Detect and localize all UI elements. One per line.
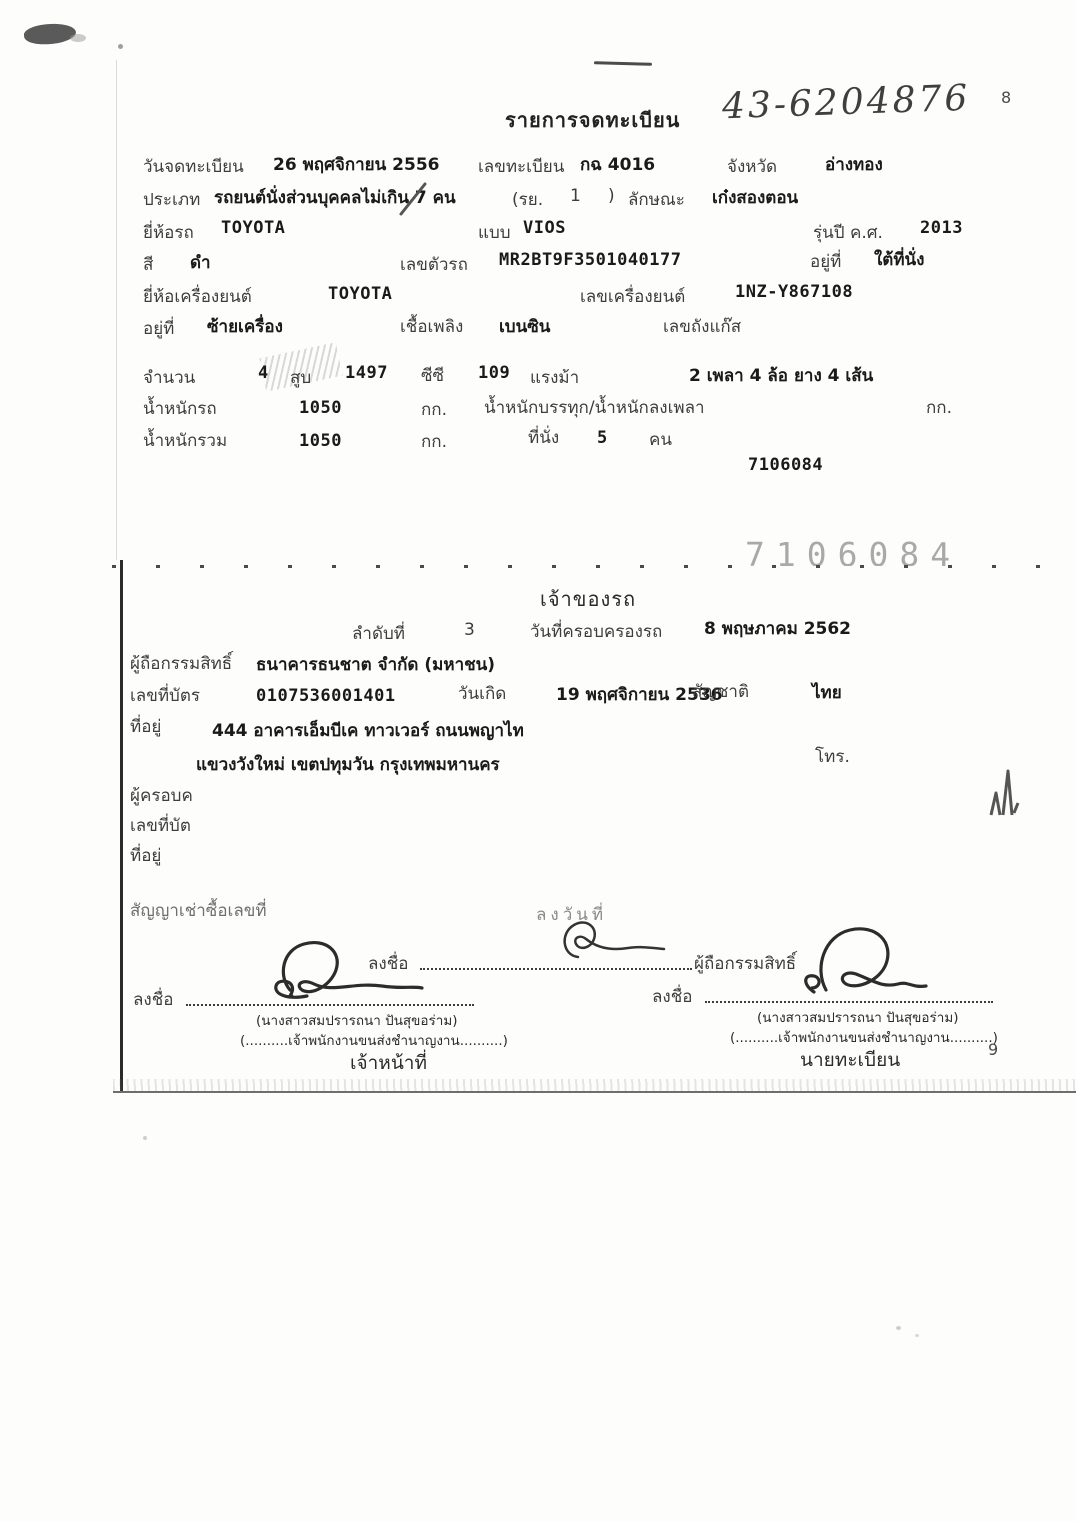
officer-name-left: (นางสาวสมปรารถนา ปันสุขอร่าม) bbox=[256, 1009, 458, 1031]
chassis-number-value: MR2BT9F3501040177 bbox=[499, 250, 682, 270]
signature-holder bbox=[552, 915, 682, 967]
axle-wheel-tire-text: 2 เพลา 4 ล้อ ยาง 4 เส้น bbox=[689, 362, 873, 389]
engine-make-value: TOYOTA bbox=[328, 284, 392, 304]
engine-cc-value: 1497 bbox=[345, 363, 388, 383]
address-line-2: แขวงวังใหม่ เขตปทุมวัน กรุงเทพมหานคร bbox=[196, 751, 500, 778]
scan-scribble-mark bbox=[983, 765, 1027, 823]
scan-speck bbox=[915, 1334, 919, 1337]
scan-edge-fuzz bbox=[113, 1079, 1076, 1091]
engine-position-value: ซ้ายเครื่อง bbox=[207, 313, 283, 340]
model-value: VIOS bbox=[523, 218, 566, 238]
cylinder-unit: สูบ bbox=[290, 364, 311, 391]
scan-speck bbox=[143, 1136, 147, 1140]
vehicle-weight-label: น้ำหนักรถ bbox=[143, 395, 217, 422]
address-line-1: 444 อาคารเอ็มบีเค ทาวเวอร์ ถนนพญาไท bbox=[212, 717, 524, 744]
document-number: 7106084 bbox=[748, 455, 823, 475]
officer-name-right: (นางสาวสมปรารถนา ปันสุขอร่าม) bbox=[757, 1006, 959, 1028]
type-code-value: 1 bbox=[570, 186, 581, 206]
possessor-address-label: ที่อยู่ bbox=[130, 842, 161, 869]
page-number-top: 8 bbox=[1001, 88, 1011, 107]
signature-line-left bbox=[186, 1004, 474, 1006]
birth-date-label: วันเกิด bbox=[458, 680, 506, 707]
seats-unit: คน bbox=[649, 426, 672, 453]
scan-dash-mark bbox=[594, 61, 652, 66]
ownership-holder-label: ผู้ถือกรรมสิทธิ์ bbox=[130, 650, 232, 677]
cylinder-count-value: 4 bbox=[258, 363, 269, 383]
signature-line-right bbox=[705, 1001, 993, 1003]
document-title: รายการจดทะเบียน bbox=[505, 104, 680, 136]
body-style-label: ลักษณะ bbox=[628, 186, 685, 213]
engine-number-label: เลขเครื่องยนต์ bbox=[580, 283, 685, 310]
load-weight-unit: กก. bbox=[926, 394, 952, 421]
model-year-value: 2013 bbox=[920, 218, 963, 238]
gas-tank-number-label: เลขถังแก๊ส bbox=[663, 313, 741, 340]
holder-signature-title: ผู้ถือกรรมสิทธิ์ bbox=[694, 950, 796, 977]
seats-label: ที่นั่ง bbox=[528, 424, 559, 451]
signature-officer-left bbox=[262, 938, 482, 1004]
vehicle-make-value: TOYOTA bbox=[221, 218, 285, 238]
lower-document-bottom-edge bbox=[113, 1091, 1076, 1093]
type-code-open: (รย. bbox=[512, 186, 543, 213]
plate-number-label: เลขทะเบียน bbox=[478, 153, 564, 180]
id-card-value: 0107536001401 bbox=[256, 686, 396, 706]
color-label: สี bbox=[143, 251, 153, 278]
scan-edge-faint-line bbox=[116, 60, 117, 560]
lower-document-left-edge bbox=[120, 560, 123, 1093]
fuel-label: เชื้อเพลิง bbox=[400, 313, 463, 340]
horsepower-value: 109 bbox=[478, 363, 510, 383]
scan-speck bbox=[896, 1326, 901, 1330]
page-number-bottom: 9 bbox=[988, 1040, 998, 1059]
model-year-label: รุ่นปี ค.ศ. bbox=[813, 219, 883, 246]
vehicle-weight-value: 1050 bbox=[299, 398, 342, 418]
fuel-value: เบนซิน bbox=[499, 313, 550, 340]
registration-date-label: วันจดทะเบียน bbox=[143, 153, 244, 180]
owner-section-title: เจ้าของรถ bbox=[540, 583, 636, 615]
sequence-value: 3 bbox=[464, 620, 475, 640]
engine-number-value: 1NZ-Y867108 bbox=[735, 282, 853, 302]
scan-smudge-top-left bbox=[23, 21, 77, 46]
engine-position-label: อยู่ที่ bbox=[143, 315, 174, 342]
load-weight-label: น้ำหนักบรรทุก/น้ำหนักลงเพลา bbox=[484, 394, 705, 421]
right-role-title: นายทะเบียน bbox=[800, 1045, 900, 1075]
province-value: อ่างทอง bbox=[825, 151, 883, 178]
possession-date-value: 8 พฤษภาคม 2562 bbox=[704, 615, 851, 642]
gross-weight-unit: กก. bbox=[421, 428, 447, 455]
cylinder-count-label: จำนวน bbox=[143, 364, 195, 391]
sign-here-label-left: ลงชื่อ bbox=[133, 986, 173, 1013]
chassis-number-label: เลขตัวรถ bbox=[400, 251, 468, 278]
vehicle-make-label: ยี่ห้อรถ bbox=[143, 219, 194, 246]
handwritten-strike-mark bbox=[395, 178, 435, 218]
province-label: จังหวัด bbox=[727, 153, 777, 180]
ownership-holder-value: ธนาคารธนชาต จำกัด (มหาชน) bbox=[256, 651, 495, 678]
horsepower-unit: แรงม้า bbox=[530, 364, 579, 391]
gross-weight-value: 1050 bbox=[299, 431, 342, 451]
left-role-title: เจ้าหน้าที่ bbox=[350, 1048, 427, 1078]
scan-speck bbox=[118, 44, 123, 49]
cc-unit: ซีซี bbox=[421, 362, 444, 389]
chassis-position-value: ใต้ที่นั่ง bbox=[874, 246, 924, 273]
gross-weight-label: น้ำหนักรวม bbox=[143, 427, 227, 454]
possessor-label: ผู้ครอบค bbox=[130, 782, 193, 809]
hire-purchase-contract-label: สัญญาเช่าซื้อเลขที่ bbox=[130, 897, 267, 924]
body-style-value: เก๋งสองตอน bbox=[712, 184, 798, 211]
document-number-faded-stamp: 7106084 bbox=[745, 535, 961, 566]
phone-label: โทร. bbox=[815, 743, 850, 770]
model-label: แบบ bbox=[478, 219, 511, 246]
plate-number-value: กฉ 4016 bbox=[580, 151, 655, 178]
vehicle-weight-unit: กก. bbox=[421, 396, 447, 423]
possessor-id-card-label: เลขที่บัต bbox=[130, 812, 191, 839]
sign-here-label-right: ลงชื่อ bbox=[652, 983, 692, 1010]
vehicle-registration-document: 8 รายการจดทะเบียน 43-6204876 วันจดทะเบีย… bbox=[0, 0, 1076, 1522]
color-value: ดำ bbox=[190, 249, 211, 276]
id-card-label: เลขที่บัตร bbox=[130, 682, 200, 709]
signature-registrar-right bbox=[796, 922, 1006, 1002]
perforation-divider bbox=[112, 565, 1076, 568]
vehicle-type-label: ประเภท bbox=[143, 186, 200, 213]
scan-smudge-top-left-2 bbox=[70, 34, 86, 42]
type-code-close: ) bbox=[608, 186, 615, 206]
chassis-position-label: อยู่ที่ bbox=[810, 248, 841, 275]
engine-make-label: ยี่ห้อเครื่องยนต์ bbox=[143, 283, 252, 310]
seats-value: 5 bbox=[597, 428, 608, 448]
sequence-label: ลำดับที่ bbox=[352, 620, 405, 647]
handwritten-reference-number: 43-6204876 bbox=[721, 78, 971, 128]
address-label: ที่อยู่ bbox=[130, 713, 161, 740]
registration-date-value: 26 พฤศจิกายน 2556 bbox=[273, 151, 439, 178]
nationality-value: ไทย bbox=[812, 679, 842, 706]
possession-date-label: วันที่ครอบครองรถ bbox=[530, 618, 662, 645]
nationality-label: สัญชาติ bbox=[692, 678, 749, 705]
